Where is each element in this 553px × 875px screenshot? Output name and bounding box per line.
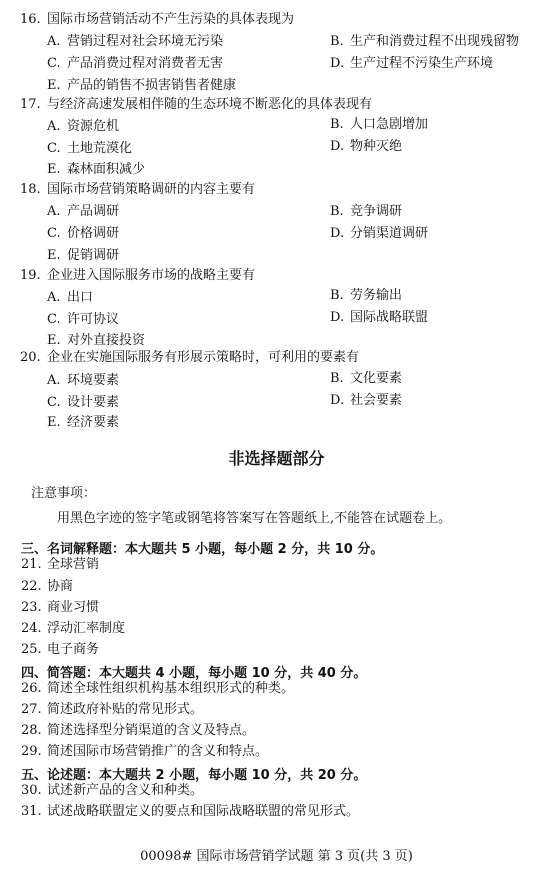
option-a: A.资源危机	[47, 119, 119, 135]
option-a: A.出口	[47, 290, 93, 306]
question-number: 20.	[20, 350, 41, 366]
question-number: 17.	[20, 97, 41, 113]
option-e: E.经济要素	[47, 415, 119, 431]
option-e: E.促销调研	[47, 248, 119, 264]
option-c: C.土地荒漠化	[47, 141, 132, 157]
option-b: B.劳务输出	[330, 288, 402, 304]
option-c: C.产品消费过程对消费者无害	[47, 56, 223, 72]
option-d: D.生产过程不污染生产环境	[330, 56, 493, 72]
option-b: B.生产和消费过程不出现残留物	[330, 34, 519, 50]
question-number: 18.	[20, 182, 41, 198]
question-number: 19.	[20, 268, 41, 284]
part-heading: 非选择题部分	[0, 446, 553, 469]
option-a: A.环境要素	[47, 373, 119, 389]
option-b: B.人口急剧增加	[330, 117, 428, 133]
option-a: A.产品调研	[47, 204, 119, 220]
option-c: C.许可协议	[47, 312, 119, 328]
notes-instruction: 用黑色字迹的签字笔或钢笔将答案写在答题纸上,不能答在试题卷上。	[57, 507, 451, 526]
option-c: C.设计要素	[47, 395, 119, 411]
option-d: D.分销渠道调研	[330, 226, 428, 242]
option-d: D.国际战略联盟	[330, 310, 428, 326]
option-e: E.产品的销售不损害销售者健康	[47, 78, 236, 94]
question-stem: 与经济高速发展相伴随的生态环境不断恶化的具体表现有	[47, 97, 372, 113]
option-b: B.文化要素	[330, 371, 402, 387]
question-stem: 国际市场营销活动不产生污染的具体表现为	[47, 12, 294, 28]
option-d: D.物种灭绝	[330, 139, 402, 155]
question-stem: 企业进入国际服务市场的战略主要有	[47, 268, 255, 284]
question-number: 16.	[20, 12, 41, 28]
option-e: E.对外直接投资	[47, 333, 145, 349]
option-a: A.营销过程对社会环境无污染	[47, 34, 223, 50]
section-title-5: 五、论述题：本大题共 2 小题，每小题 10 分，共 20 分。	[21, 764, 366, 783]
question-stem: 企业在实施国际服务有形展示策略时，可利用的要素有	[47, 350, 359, 366]
option-d: D.社会要素	[330, 393, 402, 409]
page-footer: 00098# 国际市场营销学试题 第 3 页(共 3 页)	[0, 845, 553, 864]
section-title-4: 四、简答题：本大题共 4 小题，每小题 10 分，共 40 分。	[21, 662, 366, 681]
section-title-3: 三、名词解释题：本大题共 5 小题，每小题 2 分，共 10 分。	[21, 538, 383, 557]
notes-label: 注意事项：	[31, 482, 96, 501]
option-b: B.竞争调研	[330, 204, 402, 220]
option-c: C.价格调研	[47, 226, 119, 242]
option-e: E.森林面积减少	[47, 162, 145, 178]
question-stem: 国际市场营销策略调研的内容主要有	[47, 182, 255, 198]
